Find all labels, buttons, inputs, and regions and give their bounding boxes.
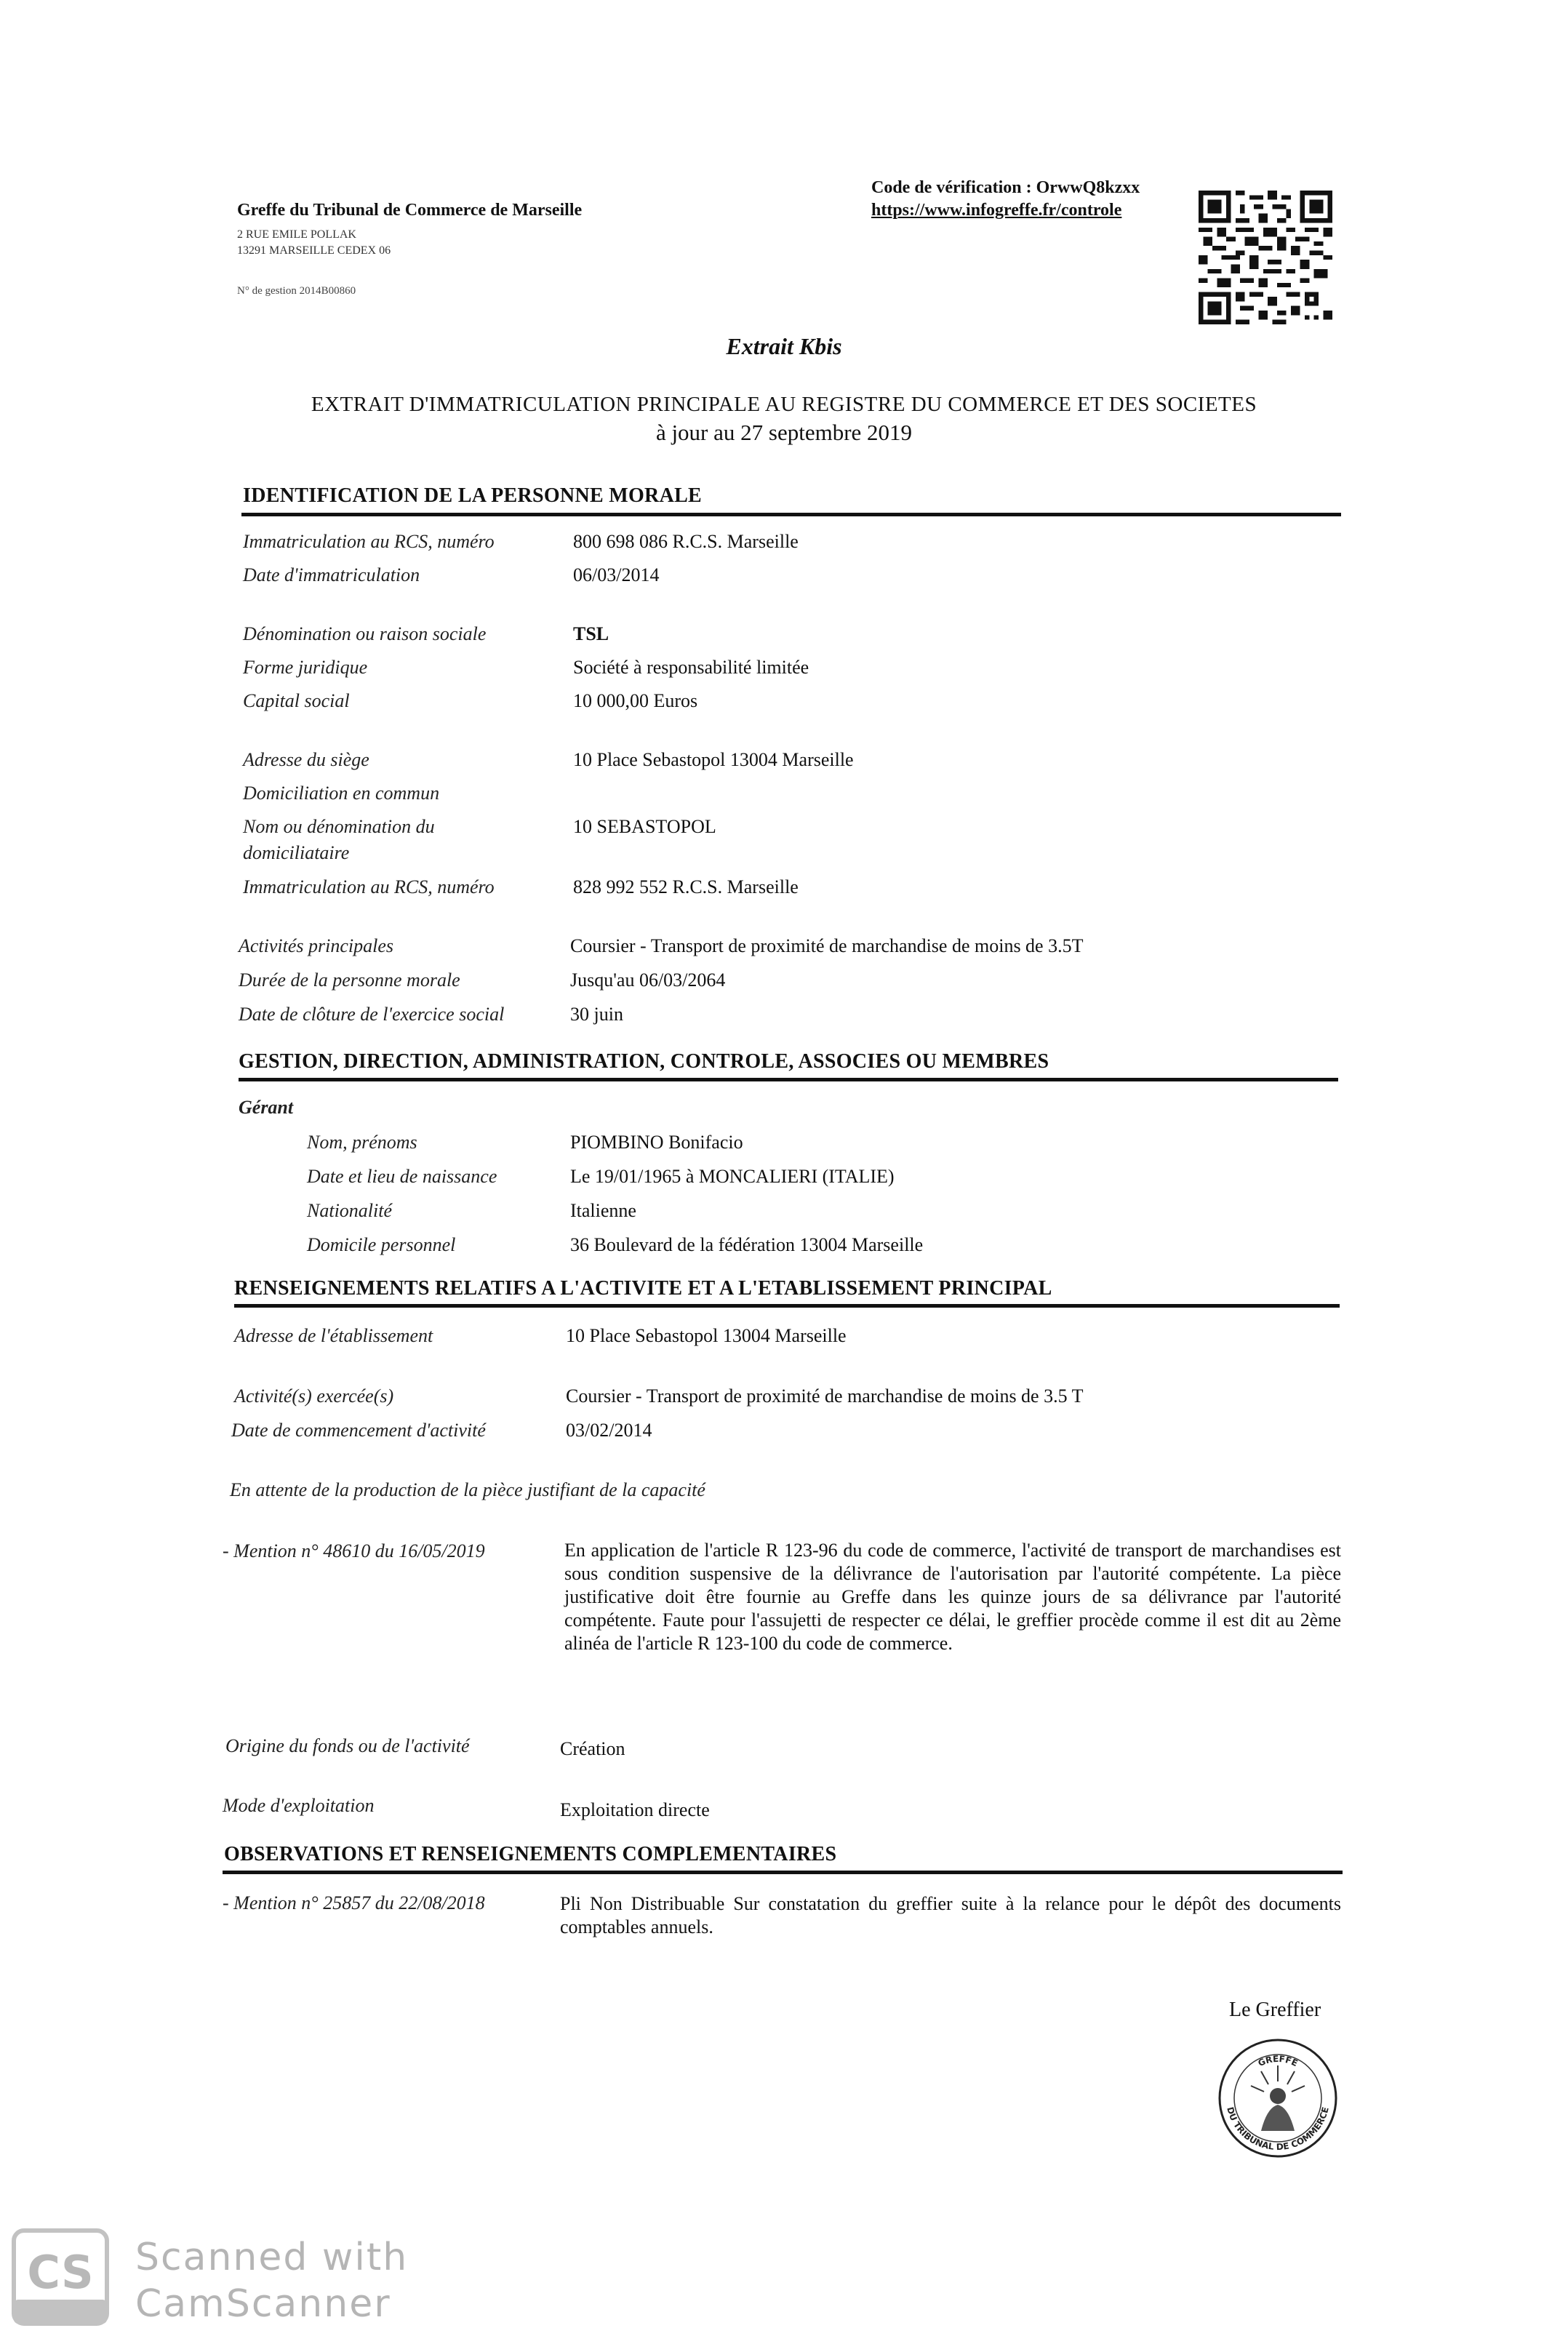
mention-25857-text: Pli Non Distribuable Sur constatation du…: [560, 1892, 1341, 1939]
label-personal-address: Domicile personnel: [307, 1234, 455, 1256]
label-activities-exercised: Activité(s) exercée(s): [234, 1385, 393, 1407]
value-operation-mode: Exploitation directe: [560, 1799, 710, 1821]
label-fiscal-year-end: Date de clôture de l'exercice social: [239, 1004, 504, 1025]
verification-link[interactable]: https://www.infogreffe.fr/controle: [871, 201, 1121, 220]
value-rcs-number: 800 698 086 R.C.S. Marseille: [573, 531, 799, 553]
pending-capacity-note: En attente de la production de la pièce …: [230, 1479, 705, 1501]
value-activities-exercised: Coursier - Transport de proximité de mar…: [566, 1385, 1084, 1407]
label-duration: Durée de la personne morale: [239, 969, 460, 991]
svg-text:CS: CS: [27, 2246, 93, 2299]
section-divider: [234, 1304, 1340, 1308]
value-capital: 10 000,00 Euros: [573, 690, 697, 712]
value-activity-start-date: 03/02/2014: [566, 1420, 652, 1441]
greffe-name: Greffe du Tribunal de Commerce de Marsei…: [237, 201, 582, 220]
value-manager-name: PIOMBINO Bonifacio: [570, 1132, 743, 1153]
label-operation-mode: Mode d'exploitation: [223, 1795, 374, 1817]
label-head-office: Adresse du siège: [243, 749, 369, 771]
label-birth-date-place: Date et lieu de naissance: [307, 1166, 497, 1188]
label-establishment-address: Adresse de l'établissement: [234, 1325, 433, 1347]
label-manager-name: Nom, prénoms: [307, 1132, 417, 1153]
address-line-1: 2 RUE EMILE POLLAK: [237, 227, 391, 243]
label-activity-start-date: Date de commencement d'activité: [231, 1420, 486, 1441]
document-date: à jour au 27 septembre 2019: [0, 420, 1568, 446]
section-divider: [241, 513, 1341, 516]
label-company-name: Dénomination ou raison sociale: [243, 623, 486, 645]
section-divider: [239, 1078, 1338, 1081]
label-fund-origin: Origine du fonds ou de l'activité: [225, 1735, 470, 1757]
court-seal-icon: GREFFE DU TRIBUNAL DE COMMERCE: [1216, 2036, 1340, 2160]
address-line-2: 13291 MARSEILLE CEDEX 06: [237, 243, 391, 259]
section-heading-activity: RENSEIGNEMENTS RELATIFS A L'ACTIVITE ET …: [234, 1277, 1052, 1300]
label-rcs-number: Immatriculation au RCS, numéro: [243, 531, 495, 553]
label-nationality: Nationalité: [307, 1200, 392, 1222]
value-domiciliary-name: 10 SEBASTOPOL: [573, 816, 716, 838]
value-duration: Jusqu'au 06/03/2064: [570, 969, 725, 991]
label-shared-domiciliation: Domiciliation en commun: [243, 783, 439, 804]
label-capital: Capital social: [243, 690, 350, 712]
value-establishment-address: 10 Place Sebastopol 13004 Marseille: [566, 1325, 847, 1347]
mention-25857-label: - Mention n° 25857 du 22/08/2018: [223, 1892, 485, 1914]
label-main-activities: Activités principales: [239, 935, 393, 957]
value-personal-address: 36 Boulevard de la fédération 13004 Mars…: [570, 1234, 923, 1256]
watermark-line-1: Scanned with: [135, 2234, 408, 2281]
value-company-name: TSL: [573, 623, 609, 645]
label-legal-form: Forme juridique: [243, 657, 367, 679]
value-nationality: Italienne: [570, 1200, 636, 1222]
section-heading-management: GESTION, DIRECTION, ADMINISTRATION, CONT…: [239, 1050, 1049, 1073]
verification-code: Code de vérification : OrwwQ8kzxx: [871, 178, 1140, 198]
mention-48610-text: En application de l'article R 123-96 du …: [564, 1539, 1341, 1655]
gestion-number: N° de gestion 2014B00860: [237, 285, 356, 297]
value-registration-date: 06/03/2014: [573, 564, 659, 586]
document-subtitle: EXTRAIT D'IMMATRICULATION PRINCIPALE AU …: [0, 393, 1568, 417]
section-heading-observations: OBSERVATIONS ET RENSEIGNEMENTS COMPLEMEN…: [224, 1843, 836, 1866]
qr-code-icon: [1199, 191, 1332, 324]
value-fund-origin: Création: [560, 1738, 625, 1760]
value-head-office: 10 Place Sebastopol 13004 Marseille: [573, 749, 854, 771]
camscanner-logo-icon: CS: [12, 2228, 109, 2326]
camscanner-watermark: Scanned with CamScanner: [135, 2234, 408, 2327]
document-title: Extrait Kbis: [0, 333, 1568, 360]
label-domiciliary-name: Nom ou dénomination du: [243, 816, 435, 838]
greffe-address: 2 RUE EMILE POLLAK 13291 MARSEILLE CEDEX…: [237, 227, 391, 259]
value-domiciliary-rcs: 828 992 552 R.C.S. Marseille: [573, 876, 799, 898]
mention-48610-label: - Mention n° 48610 du 16/05/2019: [223, 1540, 485, 1562]
section-divider: [223, 1871, 1343, 1874]
label-domiciliary-rcs: Immatriculation au RCS, numéro: [243, 876, 495, 898]
label-domiciliary-name-cont: domiciliataire: [243, 842, 349, 864]
section-heading-identification: IDENTIFICATION DE LA PERSONNE MORALE: [243, 484, 702, 508]
signature-label: Le Greffier: [1229, 1999, 1321, 2022]
value-main-activities: Coursier - Transport de proximité de mar…: [570, 935, 1083, 957]
value-legal-form: Société à responsabilité limitée: [573, 657, 809, 679]
value-birth-date-place: Le 19/01/1965 à MONCALIERI (ITALIE): [570, 1166, 895, 1188]
role-manager: Gérant: [239, 1097, 293, 1119]
watermark-line-2: CamScanner: [135, 2281, 408, 2327]
value-fiscal-year-end: 30 juin: [570, 1004, 623, 1025]
label-registration-date: Date d'immatriculation: [243, 564, 420, 586]
